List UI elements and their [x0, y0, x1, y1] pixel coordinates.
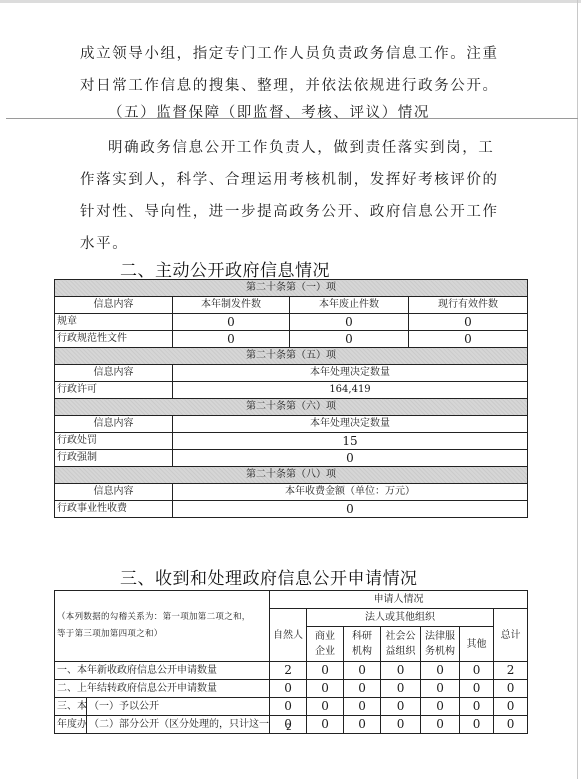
cell-value: 0 — [381, 716, 421, 734]
cell-value: 164,419 — [173, 382, 528, 399]
cell-value: 0 — [344, 680, 381, 698]
cell-value: 0 — [460, 698, 494, 716]
table-row: 规章 0 0 0 — [55, 314, 528, 331]
row-label: 行政强制 — [55, 450, 173, 467]
table-row: 三、本 （一）予以公开 0 0 0 0 0 0 0 — [55, 698, 528, 716]
paragraph-line: 对日常工作信息的搜集、整理，并依法依规进行政务公开。 — [80, 74, 440, 95]
column-header: 本年收费金额（单位：万元） — [173, 484, 528, 501]
cell-value: 0 — [344, 716, 381, 734]
row-label: 二、上年结转政府信息公开申请数量 — [55, 680, 270, 698]
block-header: 第二十条第（八）项 — [55, 467, 528, 484]
proactive-disclosure-table: 第二十条第（一）项 信息内容 本年制发件数 本年废止件数 现行有效件数 规章 0… — [54, 279, 528, 518]
column-header: 本年制发件数 — [173, 297, 290, 314]
column-header: 现行有效件数 — [409, 297, 528, 314]
group-label: 年度办 — [55, 716, 87, 734]
note-line: （本列数据的勾稽关系为：第一项加第二项之和， — [57, 609, 267, 626]
cell-value: 0 — [307, 680, 344, 698]
cell-value: 0 — [270, 680, 307, 698]
legal-service-header: 法律服务机构 — [421, 627, 460, 662]
cell-value: 0 — [421, 662, 460, 680]
cell-value: 0 — [173, 501, 528, 518]
natural-person-header: 自然人 — [270, 609, 307, 662]
cell-value: 0 — [460, 716, 494, 734]
paragraph-line: 明确政务信息公开工作负责人，做到责任落实到岗，工 — [108, 136, 468, 157]
table-row: 行政强制 0 — [55, 450, 528, 467]
cell-value: 0 — [307, 662, 344, 680]
cell-value: 0 — [421, 698, 460, 716]
cell-value: 0 — [460, 680, 494, 698]
cell-value: 0 — [381, 698, 421, 716]
section-title-applications: 三、收到和处理政府信息公开申请情况 — [120, 564, 418, 589]
research-header: 科研机构 — [344, 627, 381, 662]
block-header: 第二十条第（一）项 — [55, 280, 528, 297]
paragraph-line: 针对性、导向性，进一步提高政务公开、政府信息公开工作 — [80, 200, 440, 221]
cell-value: 0 — [381, 662, 421, 680]
applications-table: （本列数据的勾稽关系为：第一项加第二项之和， 等于第三项加第四项之和） 申请人情… — [54, 590, 528, 734]
business-header: 商业企业 — [307, 627, 344, 662]
note-line: 等于第三项加第四项之和） — [57, 626, 267, 643]
paragraph-line: 作落实到人，科学、合理运用考核机制，发挥好考核评价的 — [80, 168, 440, 189]
column-header: 信息内容 — [55, 484, 173, 501]
row-label: （一）予以公开 — [87, 698, 270, 716]
table-row: 二、上年结转政府信息公开申请数量 0 0 0 0 0 0 0 — [55, 680, 528, 698]
cell-value: 0 — [344, 698, 381, 716]
group-label: 三、本 — [55, 698, 87, 716]
row-label: 行政规范性文件 — [55, 331, 173, 348]
cell-value: 0 — [460, 662, 494, 680]
formula-note: （本列数据的勾稽关系为：第一项加第二项之和， 等于第三项加第四项之和） — [55, 591, 270, 662]
cell-value: 0 — [290, 331, 409, 348]
row-label: 行政事业性收费 — [55, 501, 173, 518]
cell-value: 2 — [270, 662, 307, 680]
cell-value: 0 — [494, 698, 528, 716]
row-label: （二）部分公开（区分处理的，只计这一 — [87, 716, 270, 734]
block-header: 第二十条第（六）项 — [55, 399, 528, 416]
row-label: 行政许可 — [55, 382, 173, 399]
table-row: 行政处罚 15 — [55, 433, 528, 450]
cell-value: 0 — [344, 662, 381, 680]
other-header: 其他 — [460, 627, 494, 662]
row-label: 一、本年新收政府信息公开申请数量 — [55, 662, 270, 680]
cell-value: 0 — [173, 450, 528, 467]
cell-value: 0 — [270, 698, 307, 716]
block-header: 第二十条第（五）项 — [55, 348, 528, 365]
cell-value: 0 — [381, 680, 421, 698]
scan-top-edge — [0, 0, 581, 3]
cell-value: 0 — [173, 314, 290, 331]
cell-value: 0 — [409, 314, 528, 331]
table-row: 行政规范性文件 0 0 0 — [55, 331, 528, 348]
scan-artifact-line — [6, 118, 578, 119]
column-header: 信息内容 — [55, 416, 173, 433]
paragraph-line: 成立领导小组，指定专门工作人员负责政务信息工作。注重 — [80, 42, 440, 63]
cell-value: 0 — [494, 716, 528, 734]
table-row: 行政许可 164,419 — [55, 382, 528, 399]
cell-value: 0 — [307, 698, 344, 716]
social-org-header: 社会公益组织 — [381, 627, 421, 662]
cell-value: 0 — [421, 680, 460, 698]
table-row: 一、本年新收政府信息公开申请数量 2 0 0 0 0 0 2 — [55, 662, 528, 680]
column-header: 信息内容 — [55, 297, 173, 314]
column-header: 本年处理决定数量 — [173, 416, 528, 433]
cell-value: 0 — [409, 331, 528, 348]
column-header: 本年处理决定数量 — [173, 365, 528, 382]
cell-value: 0 — [421, 716, 460, 734]
legal-entity-header: 法人或其他组织 — [307, 609, 494, 627]
cell-value: 0 — [494, 680, 528, 698]
cell-value: 0 — [290, 314, 409, 331]
cell-value: 15 — [173, 433, 528, 450]
total-header: 总计 — [494, 609, 528, 662]
cell-value: 0 — [307, 716, 344, 734]
cell-value: 2 — [494, 662, 528, 680]
scan-right-edge — [577, 0, 578, 779]
column-header: 信息内容 — [55, 365, 173, 382]
table-row: 行政事业性收费 0 — [55, 501, 528, 518]
column-header: 本年废止件数 — [290, 297, 409, 314]
row-label: 行政处罚 — [55, 433, 173, 450]
applicant-header: 申请人情况 — [270, 591, 528, 609]
cell-value: 0 — [173, 331, 290, 348]
paragraph-line: 水平。 — [80, 232, 440, 253]
page-number: 2 — [286, 723, 292, 733]
section-title-proactive-disclosure: 二、主动公开政府信息情况 — [120, 256, 330, 281]
row-label: 规章 — [55, 314, 173, 331]
